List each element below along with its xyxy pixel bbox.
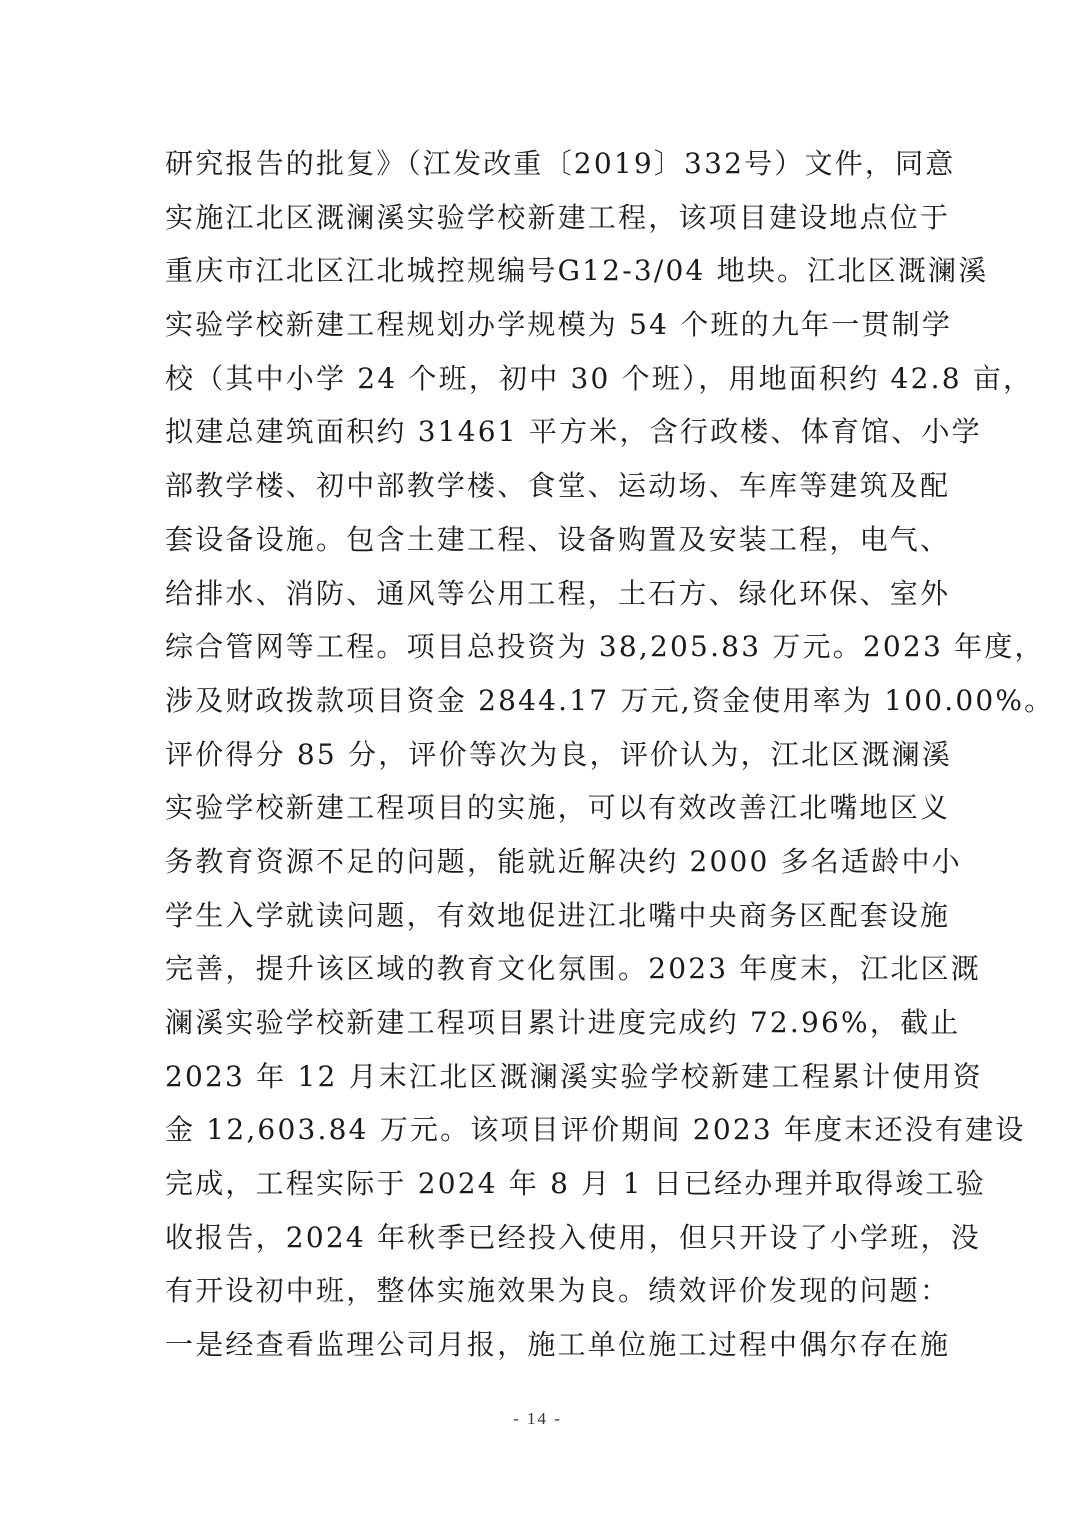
page-number: - 14 - <box>0 1409 1075 1429</box>
text-line: 评价得分 85 分，评价等次为良，评价认为，江北区溉澜溪 <box>165 728 925 782</box>
text-line: 一是经查看监理公司月报，施工单位施工过程中偶尔存在施 <box>165 1318 925 1372</box>
text-line: 部教学楼、初中部教学楼、食堂、运动场、车库等建筑及配 <box>165 459 925 513</box>
document-page: 研究报告的批复》（江发改重〔2019〕332号）文件，同意 实施江北区溉澜溪实验… <box>0 0 1075 1520</box>
text-line: 套设备设施。包含土建工程、设备购置及安装工程，电气、 <box>165 513 925 567</box>
text-line: 澜溪实验学校新建工程项目累计进度完成约 72.96%，截止 <box>165 996 925 1050</box>
body-paragraph: 研究报告的批复》（江发改重〔2019〕332号）文件，同意 实施江北区溉澜溪实验… <box>165 137 925 1372</box>
text-line: 综合管网等工程。项目总投资为 38,205.83 万元。2023 年度， <box>165 620 925 674</box>
text-line: 实验学校新建工程项目的实施，可以有效改善江北嘴地区义 <box>165 781 925 835</box>
text-line: 研究报告的批复》（江发改重〔2019〕332号）文件，同意 <box>165 137 925 191</box>
text-line: 2023 年 12 月末江北区溉澜溪实验学校新建工程累计使用资 <box>165 1050 925 1104</box>
text-line: 有开设初中班，整体实施效果为良。绩效评价发现的问题： <box>165 1264 925 1318</box>
text-line: 重庆市江北区江北城控规编号G12-3/04 地块。江北区溉澜溪 <box>165 244 925 298</box>
text-line: 拟建总建筑面积约 31461 平方米，含行政楼、体育馆、小学 <box>165 405 925 459</box>
text-line: 校（其中小学 24 个班，初中 30 个班），用地面积约 42.8 亩， <box>165 352 925 406</box>
text-line: 完善，提升该区域的教育文化氛围。2023 年度末，江北区溉 <box>165 942 925 996</box>
text-line: 收报告，2024 年秋季已经投入使用，但只开设了小学班，没 <box>165 1211 925 1265</box>
text-line: 涉及财政拨款项目资金 2844.17 万元,资金使用率为 100.00%。 <box>165 674 925 728</box>
text-line: 完成，工程实际于 2024 年 8 月 1 日已经办理并取得竣工验 <box>165 1157 925 1211</box>
text-line: 务教育资源不足的问题，能就近解决约 2000 多名适龄中小 <box>165 835 925 889</box>
text-line: 实施江北区溉澜溪实验学校新建工程，该项目建设地点位于 <box>165 191 925 245</box>
text-line: 给排水、消防、通风等公用工程，土石方、绿化环保、室外 <box>165 567 925 621</box>
text-line: 实验学校新建工程规划办学规模为 54 个班的九年一贯制学 <box>165 298 925 352</box>
text-line: 学生入学就读问题，有效地促进江北嘴中央商务区配套设施 <box>165 889 925 943</box>
text-line: 金 12,603.84 万元。该项目评价期间 2023 年度末还没有建设 <box>165 1103 925 1157</box>
